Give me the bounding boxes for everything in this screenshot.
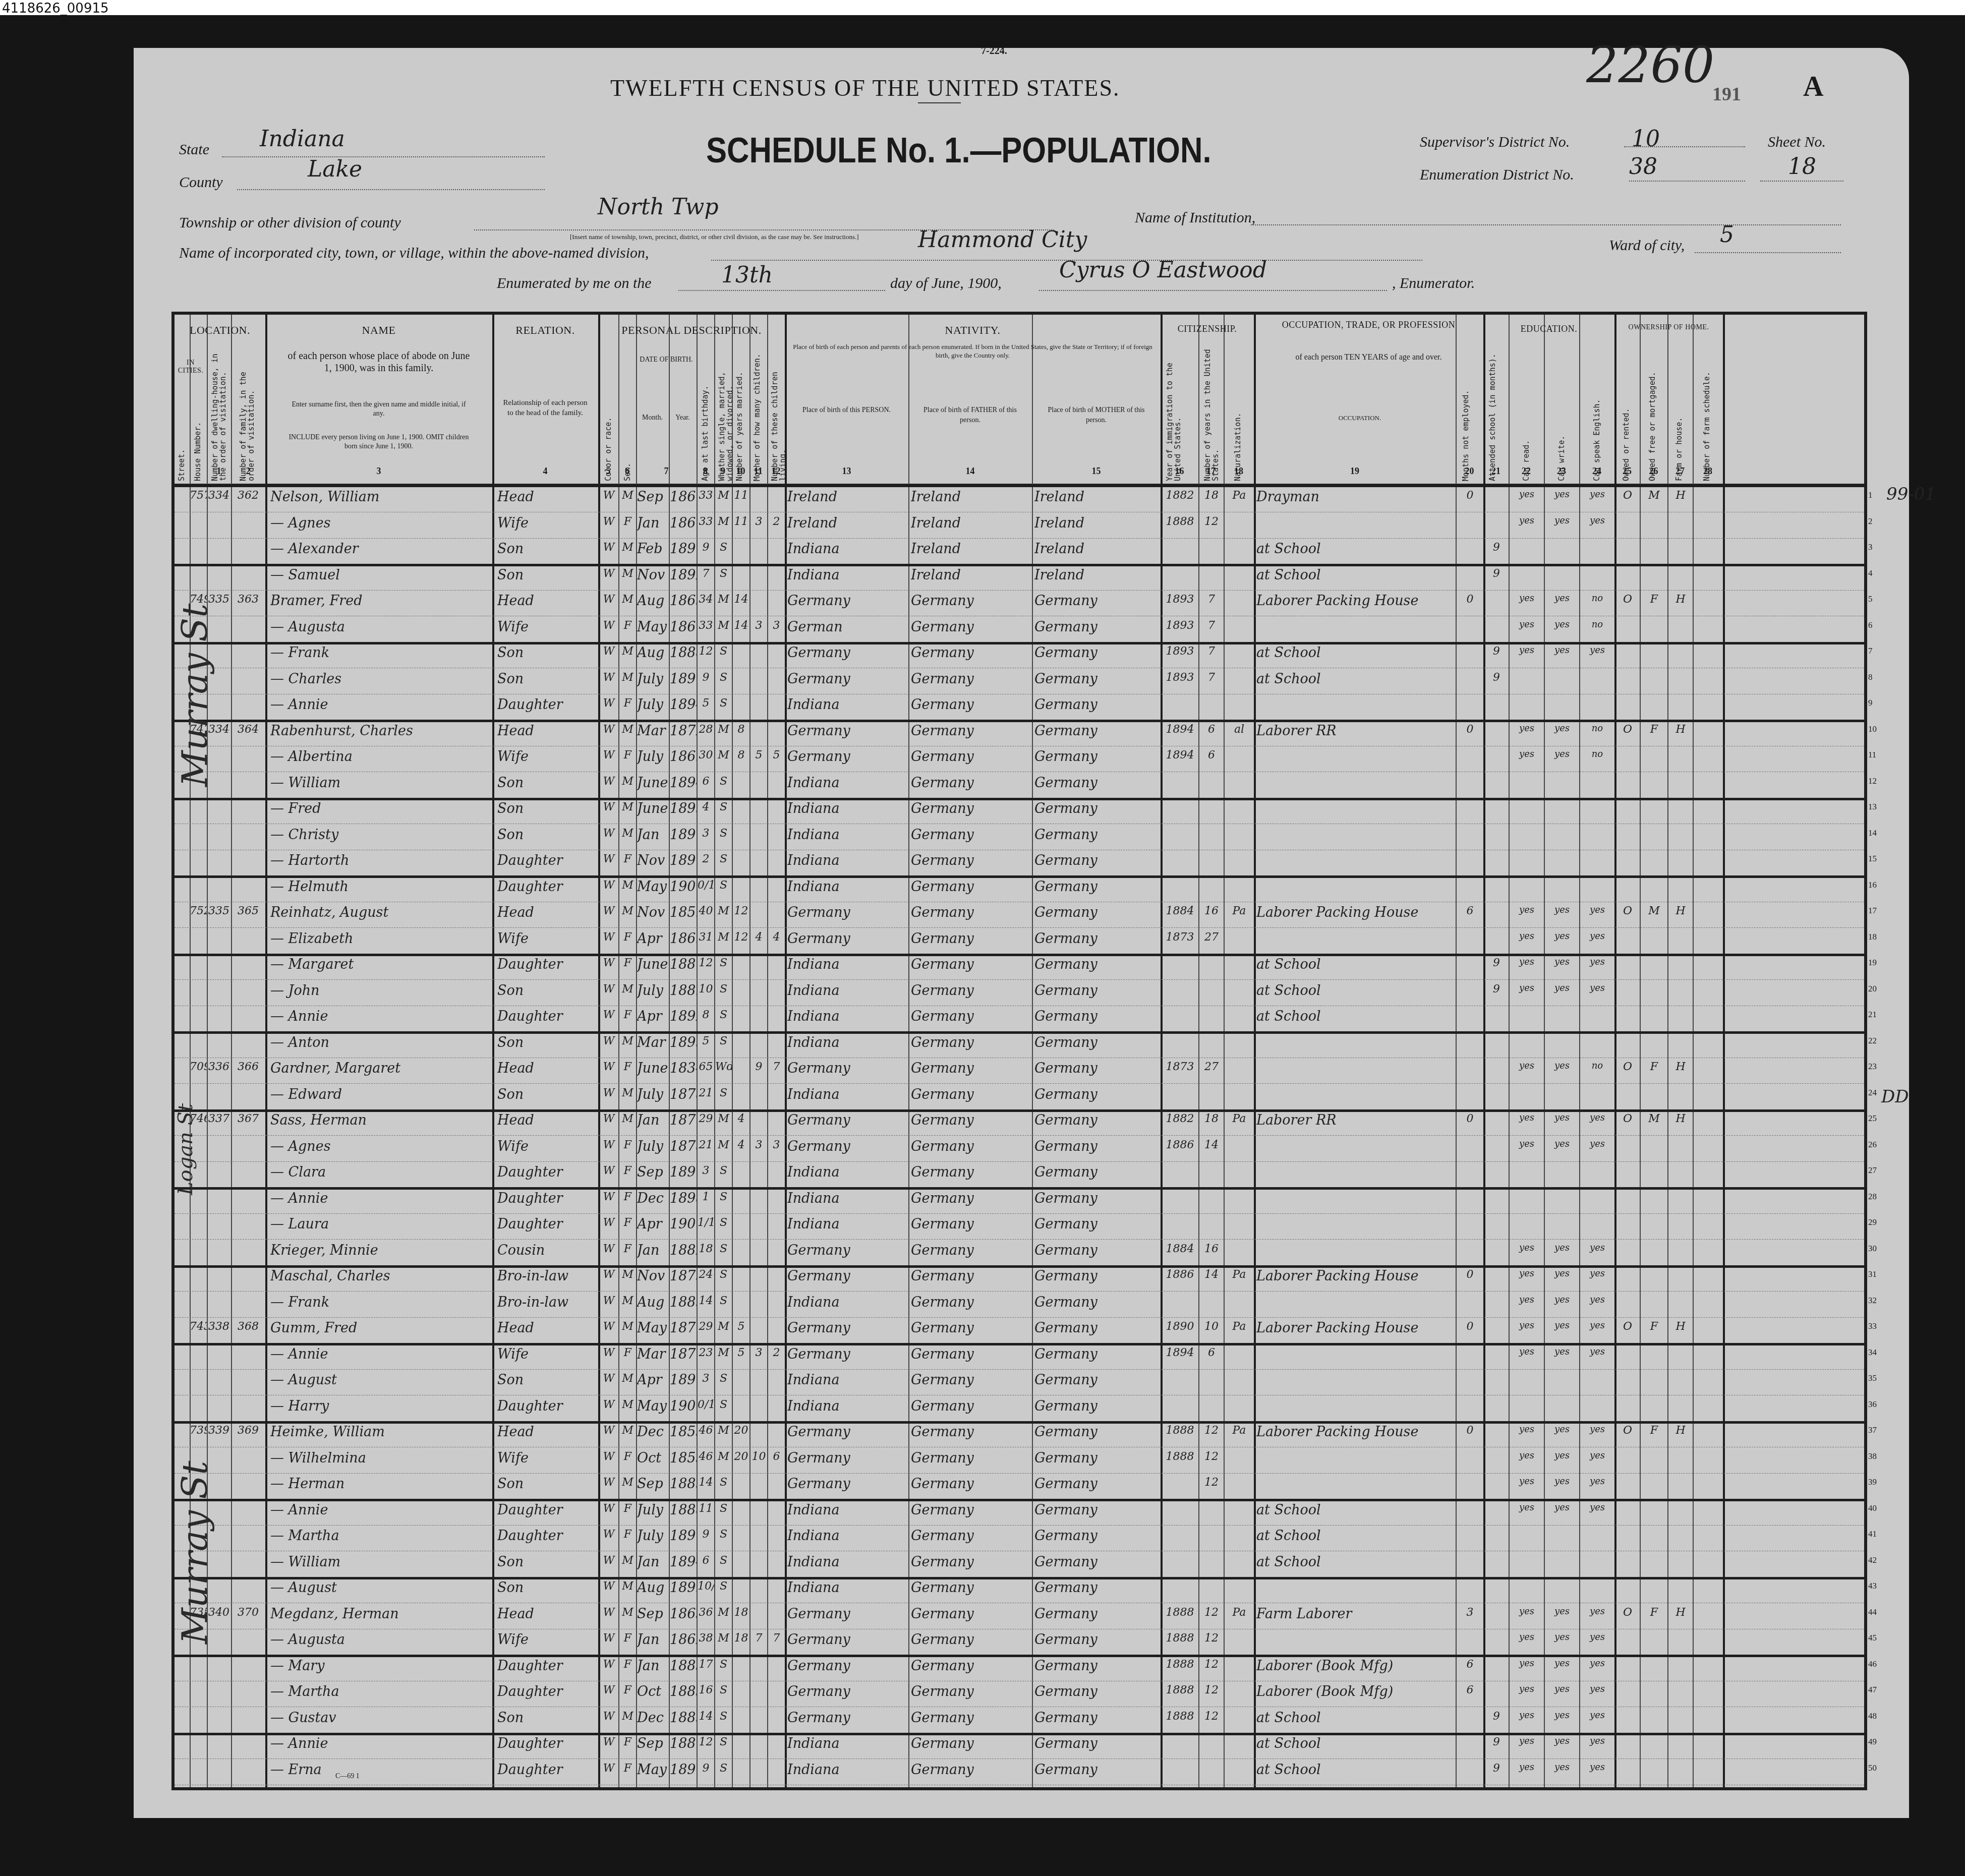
header-age: Age at last birthday. <box>701 345 709 481</box>
column-number: 25 <box>1614 466 1640 477</box>
header-attended-school: Attended school (in months). <box>1488 345 1496 481</box>
header-dwelling-number: Number of dwelling-house, in the order o… <box>211 345 227 481</box>
cell-occ: at School <box>1256 1009 1456 1024</box>
cell-imm: 1888 <box>1162 1658 1198 1671</box>
cell-sex: F <box>619 853 636 865</box>
cell-mar: S <box>715 983 732 995</box>
cell-sch: 9 <box>1484 957 1509 969</box>
cell-rel: Wife <box>497 749 598 765</box>
cell-write: yes <box>1545 1450 1579 1461</box>
township-note: [Insert name of township, town, precinct… <box>570 233 859 241</box>
cell-read: yes <box>1510 931 1544 942</box>
cell-age: 9 <box>698 1762 714 1775</box>
enum-district-line <box>1629 181 1745 182</box>
group-citizenship: CITIZENSHIP. <box>1161 324 1254 334</box>
cell-occ: Laborer Packing House <box>1256 905 1456 920</box>
cell-imm: 1888 <box>1162 1710 1198 1723</box>
cell-bp: Germany <box>787 1632 908 1648</box>
column-number: 22 <box>1509 466 1544 477</box>
cell-month: July <box>637 671 669 687</box>
birth-mother-label: Place of birth of MOTHER of this person. <box>1037 405 1155 426</box>
cell-eng: yes <box>1580 1346 1614 1357</box>
cell-imm: 1886 <box>1162 1268 1198 1281</box>
table-row: — AnnieDaughterWFApr18928SIndianaGermany… <box>175 1006 1864 1034</box>
cell-month: Nov <box>637 567 669 583</box>
cell-month: Jan <box>637 827 669 843</box>
cell-month: Nov <box>637 853 669 868</box>
cell-ym: 5 <box>733 1320 749 1333</box>
cell-write: yes <box>1545 723 1579 734</box>
cell-mo: 7 <box>750 1632 767 1645</box>
row-number: 13 <box>1868 802 1877 812</box>
cell-mar: S <box>715 541 732 554</box>
cell-age: 33 <box>698 619 714 632</box>
cell-bm: Germany <box>1034 1320 1161 1336</box>
cell-mort: M <box>1641 905 1667 917</box>
cell-bp: Indiana <box>787 827 908 843</box>
handwritten-page-number: 2260 <box>1586 35 1715 94</box>
cell-sch: 9 <box>1484 541 1509 554</box>
cell-name: — Gustav <box>270 1710 492 1726</box>
cell-ym: 8 <box>733 749 749 761</box>
cell-name: — Charles <box>270 671 492 687</box>
cell-sex: M <box>619 1606 636 1619</box>
title-ornament <box>918 102 961 103</box>
cell-occ: Drayman <box>1256 489 1456 505</box>
cell-rel: Son <box>497 1580 598 1596</box>
cell-bf: Germany <box>911 1191 1032 1206</box>
cell-bp: Indiana <box>787 1528 908 1544</box>
cell-mar: S <box>715 671 732 684</box>
cell-eng: yes <box>1580 1139 1614 1149</box>
cell-name: — Herman <box>270 1476 492 1492</box>
column-number: 5 <box>598 466 618 477</box>
cell-color: W <box>599 1580 618 1593</box>
cell-read: yes <box>1510 1476 1544 1487</box>
cell-color: W <box>599 723 618 736</box>
occupation-description: of each person TEN YEARS of age and over… <box>1264 353 1473 363</box>
row-number: 39 <box>1868 1477 1877 1487</box>
cell-bf: Germany <box>911 593 1032 609</box>
cell-family: 363 <box>231 593 265 606</box>
cell-ym: 14 <box>733 593 749 606</box>
cell-year: 1897 <box>670 827 697 843</box>
cell-color: W <box>599 1528 618 1541</box>
cell-color: W <box>599 1191 618 1203</box>
cell-month: May <box>637 1398 669 1414</box>
cell-read: yes <box>1510 1243 1544 1253</box>
cell-mar: M <box>715 723 732 736</box>
cell-month: Apr <box>637 1216 669 1232</box>
cell-rel: Daughter <box>497 853 598 868</box>
cell-bp: Germany <box>787 593 908 609</box>
cell-bf: Germany <box>911 957 1032 972</box>
cell-ym: 5 <box>733 1346 749 1359</box>
cell-color: W <box>599 619 618 632</box>
cell-yrs: 12 <box>1199 1476 1224 1489</box>
cell-bm: Germany <box>1034 905 1161 920</box>
cell-imm: 1888 <box>1162 1450 1198 1463</box>
cell-year: 1867 <box>670 619 697 635</box>
row-number: 35 <box>1868 1373 1877 1383</box>
cell-mort: F <box>1641 723 1667 736</box>
cell-read: yes <box>1510 645 1544 656</box>
cell-mo: 5 <box>750 749 767 761</box>
cell-year: 1894 <box>670 775 697 791</box>
cell-mar: S <box>715 1658 732 1671</box>
cell-eng: yes <box>1580 1736 1614 1746</box>
cell-bf: Germany <box>911 1658 1032 1674</box>
cell-bf: Ireland <box>911 541 1032 557</box>
cell-read: yes <box>1510 1139 1544 1149</box>
cell-bp: Germany <box>787 1320 908 1336</box>
cell-month: Nov <box>637 1268 669 1284</box>
cell-bm: Germany <box>1034 1684 1161 1699</box>
cell-liv: 3 <box>768 1139 785 1151</box>
cell-eng: no <box>1580 723 1614 734</box>
row-number: 16 <box>1868 880 1877 890</box>
cell-imm: 1888 <box>1162 1684 1198 1696</box>
cell-write: yes <box>1545 749 1579 759</box>
cell-house: 709 <box>190 1061 207 1073</box>
row-number: 34 <box>1868 1347 1877 1358</box>
cell-age: 10 <box>698 983 714 995</box>
header-years-married: Number of years married. <box>735 345 743 481</box>
cell-color: W <box>599 1476 618 1489</box>
cell-age: 12 <box>698 1736 714 1748</box>
column-number: 17 <box>1198 466 1224 477</box>
table-row: — WilliamSonWMJan18946SIndianaGermanyGer… <box>175 1551 1864 1579</box>
cell-occ: at School <box>1256 1528 1456 1544</box>
cell-name: Maschal, Charles <box>270 1268 492 1284</box>
cell-bm: Germany <box>1034 1606 1161 1622</box>
margin-note-row24: DD <box>1881 1087 1909 1107</box>
cell-bm: Germany <box>1034 1268 1161 1284</box>
cell-sex: M <box>619 671 636 684</box>
cell-write: yes <box>1545 957 1579 967</box>
cell-ym: 11 <box>733 515 749 528</box>
column-number: 20 <box>1456 466 1483 477</box>
group-in-cities: IN CITIES. <box>175 359 207 375</box>
cell-mar: M <box>715 619 732 632</box>
cell-occ: at School <box>1256 957 1456 972</box>
cell-ym: 18 <box>733 1632 749 1645</box>
cell-sex: M <box>619 567 636 580</box>
cell-eng: yes <box>1580 1295 1614 1305</box>
cell-name: — Wilhelmina <box>270 1450 492 1466</box>
cell-read: yes <box>1510 1450 1544 1461</box>
table-row: 735340370Megdanz, HermanHeadWMSep186336M… <box>175 1603 1864 1629</box>
cell-yrs: 12 <box>1199 1424 1224 1437</box>
cell-year: 1834 <box>670 1061 697 1076</box>
table-row: — AntonSonWMMar18955SIndianaGermanyGerma… <box>175 1032 1864 1058</box>
table-row: — AlexanderSonWMFeb18919SIndianaIrelandI… <box>175 538 1864 566</box>
table-row: — MargaretDaughterWFJune188712SIndianaGe… <box>175 954 1864 980</box>
cell-bf: Germany <box>911 1580 1032 1596</box>
cell-color: W <box>599 905 618 917</box>
cell-house: 743 <box>190 1320 207 1333</box>
cell-bp: Germany <box>787 1658 908 1674</box>
cell-farm: H <box>1668 1424 1693 1437</box>
cell-month: Apr <box>637 1372 669 1388</box>
schedule-title: SCHEDULE No. 1.—POPULATION. <box>706 130 1211 170</box>
row-number: 23 <box>1868 1062 1877 1072</box>
cell-month: Aug <box>637 1580 669 1596</box>
cell-bp: Indiana <box>787 879 908 895</box>
cell-imm: 1873 <box>1162 1061 1198 1073</box>
cell-sex: M <box>619 905 636 917</box>
cell-imm: 1886 <box>1162 1139 1198 1151</box>
cell-occ: at School <box>1256 1710 1456 1726</box>
cell-bf: Germany <box>911 1035 1032 1050</box>
cell-sex: M <box>619 801 636 813</box>
cell-mar: S <box>715 1736 732 1748</box>
cell-name: — Martha <box>270 1684 492 1699</box>
cell-mar: S <box>715 1035 732 1047</box>
cell-mo: 9 <box>750 1061 767 1073</box>
cell-write: yes <box>1545 1606 1579 1617</box>
cell-rel: Cousin <box>497 1243 598 1258</box>
cell-bp: Germany <box>787 1243 908 1258</box>
group-personal-description: PERSONAL DESCRIPTION. <box>598 324 785 337</box>
table-row: — AugustSonWMApr18973SIndianaGermanyGerm… <box>175 1369 1864 1395</box>
cell-bp: Germany <box>787 723 908 739</box>
row-number: 10 <box>1868 724 1877 734</box>
header-speak-english: Can speak English. <box>1593 375 1601 481</box>
row-number: 5 <box>1868 594 1873 604</box>
cell-mar: M <box>715 1112 732 1125</box>
cell-name: — William <box>270 775 492 791</box>
cell-age: 14 <box>698 1710 714 1723</box>
row-number: 1 <box>1868 490 1873 500</box>
relation-description: Relationship of each person to the head … <box>500 398 591 418</box>
cell-farm: H <box>1668 593 1693 606</box>
cell-read: yes <box>1510 1684 1544 1694</box>
cell-color: W <box>599 1087 618 1099</box>
cell-sex: F <box>619 1632 636 1645</box>
table-row: — ErnaDaughterWFMay18919SIndianaGermanyG… <box>175 1759 1864 1785</box>
cell-mo: 3 <box>750 1139 767 1151</box>
cell-color: W <box>599 515 618 528</box>
cell-color: W <box>599 1424 618 1437</box>
cell-sex: F <box>619 957 636 969</box>
cell-bf: Germany <box>911 1061 1032 1076</box>
cell-sex: M <box>619 1476 636 1489</box>
cell-bm: Germany <box>1034 1139 1161 1154</box>
cell-mar: M <box>715 749 732 761</box>
cell-sex: F <box>619 1502 636 1515</box>
cell-imm: 1873 <box>1162 931 1198 944</box>
institution-label: Name of Institution, <box>1135 209 1255 226</box>
table-row: 747334364Rabenhurst, CharlesHeadWMMar187… <box>175 720 1864 746</box>
cell-year: 1885 <box>670 1710 697 1726</box>
cell-age: 6 <box>698 775 714 788</box>
cell-ym: 4 <box>733 1139 749 1151</box>
cell-bf: Germany <box>911 1450 1032 1466</box>
cell-bm: Germany <box>1034 1061 1161 1076</box>
table-row: 749335363Bramer, FredHeadWMAug186534M14G… <box>175 590 1864 616</box>
cell-rel: Head <box>497 1606 598 1622</box>
cell-bm: Germany <box>1034 827 1161 843</box>
group-relation: RELATION. <box>492 324 598 337</box>
cell-write: yes <box>1545 983 1579 993</box>
cell-read: yes <box>1510 593 1544 604</box>
cell-age: 34 <box>698 593 714 606</box>
table-row: — WilliamSonWMJune18946SIndianaGermanyGe… <box>175 772 1864 800</box>
cell-mar: Wd <box>715 1061 732 1073</box>
cell-yrs: 14 <box>1199 1139 1224 1151</box>
cell-unemp: 3 <box>1457 1606 1483 1619</box>
cell-bm: Germany <box>1034 645 1161 661</box>
row-number: 32 <box>1868 1296 1877 1306</box>
cell-write: yes <box>1545 1762 1579 1773</box>
cell-name: Megdanz, Herman <box>270 1606 492 1622</box>
cell-color: W <box>599 1632 618 1645</box>
cell-read: yes <box>1510 1606 1544 1617</box>
cell-name: — Frank <box>270 645 492 661</box>
cell-rel: Head <box>497 593 598 609</box>
cell-age: 11 <box>698 1502 714 1515</box>
cell-sex: F <box>619 1450 636 1463</box>
cell-month: June <box>637 775 669 791</box>
cell-eng: yes <box>1580 1268 1614 1279</box>
row-number: 18 <box>1868 932 1877 942</box>
cell-farm: H <box>1668 723 1693 736</box>
cell-read: yes <box>1510 1502 1544 1513</box>
cell-rel: Daughter <box>497 1684 598 1699</box>
row-number: 22 <box>1868 1036 1877 1046</box>
cell-write: yes <box>1545 1658 1579 1669</box>
cell-sex: M <box>619 489 636 502</box>
cell-yrs: 16 <box>1199 1243 1224 1255</box>
cell-nat: Pa <box>1225 489 1254 502</box>
cell-year: 1888 <box>670 645 697 661</box>
cell-eng: yes <box>1580 1658 1614 1669</box>
cell-bp: Indiana <box>787 1216 908 1232</box>
cell-name: — Annie <box>270 1502 492 1518</box>
cell-year: 1869 <box>670 749 697 765</box>
cell-bm: Germany <box>1034 723 1161 739</box>
row-number: 37 <box>1868 1425 1877 1435</box>
cell-year: 1895 <box>670 801 697 816</box>
row-number: 21 <box>1868 1010 1877 1020</box>
cell-sex: M <box>619 593 636 606</box>
cell-farm: H <box>1668 1061 1693 1073</box>
cell-month: Jan <box>637 1658 669 1674</box>
cell-name: Krieger, Minnie <box>270 1243 492 1258</box>
cell-bf: Germany <box>911 1164 1032 1180</box>
cell-name: Gumm, Fred <box>270 1320 492 1336</box>
cell-year: 1899 <box>670 1580 697 1596</box>
birth-person-label: Place of birth of this PERSON. <box>790 405 903 416</box>
cell-read: yes <box>1510 1295 1544 1305</box>
cell-year: 1900 <box>670 1216 697 1232</box>
cell-month: Mar <box>637 723 669 739</box>
cell-yrs: 27 <box>1199 931 1224 944</box>
cell-bf: Germany <box>911 1710 1032 1726</box>
cell-mort: M <box>1641 489 1667 502</box>
cell-sex: F <box>619 1191 636 1203</box>
cell-read: yes <box>1510 1346 1544 1357</box>
cell-bm: Germany <box>1034 1164 1161 1180</box>
cell-name: — Helmuth <box>270 879 492 895</box>
cell-read: yes <box>1510 515 1544 526</box>
cell-bm: Germany <box>1034 619 1161 635</box>
cell-bf: Germany <box>911 905 1032 920</box>
city-label: Name of incorporated city, town, or vill… <box>179 245 649 262</box>
cell-write: yes <box>1545 1243 1579 1253</box>
row-number: 28 <box>1868 1192 1877 1202</box>
cell-month: July <box>637 1087 669 1102</box>
cell-eng: yes <box>1580 905 1614 915</box>
cell-sex: F <box>619 619 636 632</box>
cell-write: yes <box>1545 619 1579 630</box>
cell-write: yes <box>1545 1346 1579 1357</box>
cell-sex: M <box>619 1398 636 1411</box>
cell-rel: Daughter <box>497 1164 598 1180</box>
table-row: — SamuelSonWMNov18927SIndianaIrelandIrel… <box>175 564 1864 591</box>
cell-bm: Germany <box>1034 1502 1161 1518</box>
cell-ym: 8 <box>733 723 749 736</box>
cell-year: 1894 <box>670 1554 697 1570</box>
cell-age: 40 <box>698 905 714 917</box>
cell-read: yes <box>1510 619 1544 630</box>
cell-mar: S <box>715 1710 732 1723</box>
cell-color: W <box>599 489 618 502</box>
cell-month: May <box>637 619 669 635</box>
cell-bf: Germany <box>911 1268 1032 1284</box>
cell-imm: 1893 <box>1162 593 1198 606</box>
cell-family: 364 <box>231 723 265 736</box>
cell-mar: S <box>715 1762 732 1775</box>
cell-occ: at School <box>1256 645 1456 661</box>
cell-age: 1 <box>698 1191 714 1203</box>
cell-read: yes <box>1510 1762 1544 1773</box>
cell-sex: F <box>619 1684 636 1696</box>
cell-bp: Indiana <box>787 697 908 713</box>
cell-unemp: 6 <box>1457 1684 1483 1696</box>
cell-rel: Head <box>497 1112 598 1128</box>
cell-bp: Indiana <box>787 1372 908 1388</box>
cell-rel: Head <box>497 1061 598 1076</box>
cell-imm: 1893 <box>1162 671 1198 684</box>
cell-write: yes <box>1545 645 1579 656</box>
year-label: Year. <box>669 413 697 423</box>
cell-month: Dec <box>637 1424 669 1440</box>
cell-bf: Germany <box>911 1554 1032 1570</box>
cell-name: — Agnes <box>270 515 492 531</box>
header-house-number: House Number. <box>194 385 202 481</box>
cell-rel: Son <box>497 983 598 999</box>
enumerated-day: 13th <box>721 262 773 288</box>
cell-year: 1878 <box>670 1139 697 1154</box>
cell-mort: F <box>1641 1606 1667 1619</box>
cell-write: yes <box>1545 1710 1579 1721</box>
enumerated-suffix: day of June, 1900, <box>890 275 1002 292</box>
cell-ym: 18 <box>733 1606 749 1619</box>
state-line <box>222 156 545 157</box>
cell-year: 1892 <box>670 1009 697 1024</box>
table-row: 757334362Nelson, WilliamHeadWMSep186633M… <box>175 486 1864 512</box>
cell-month: Aug <box>637 645 669 661</box>
cell-month: Mar <box>637 1035 669 1050</box>
cell-bf: Germany <box>911 1632 1032 1648</box>
cell-write: yes <box>1545 1684 1579 1694</box>
cell-liv: 4 <box>768 931 785 944</box>
cell-yrs: 6 <box>1199 749 1224 761</box>
cell-bp: Germany <box>787 1450 908 1466</box>
cell-sex: F <box>619 1528 636 1541</box>
